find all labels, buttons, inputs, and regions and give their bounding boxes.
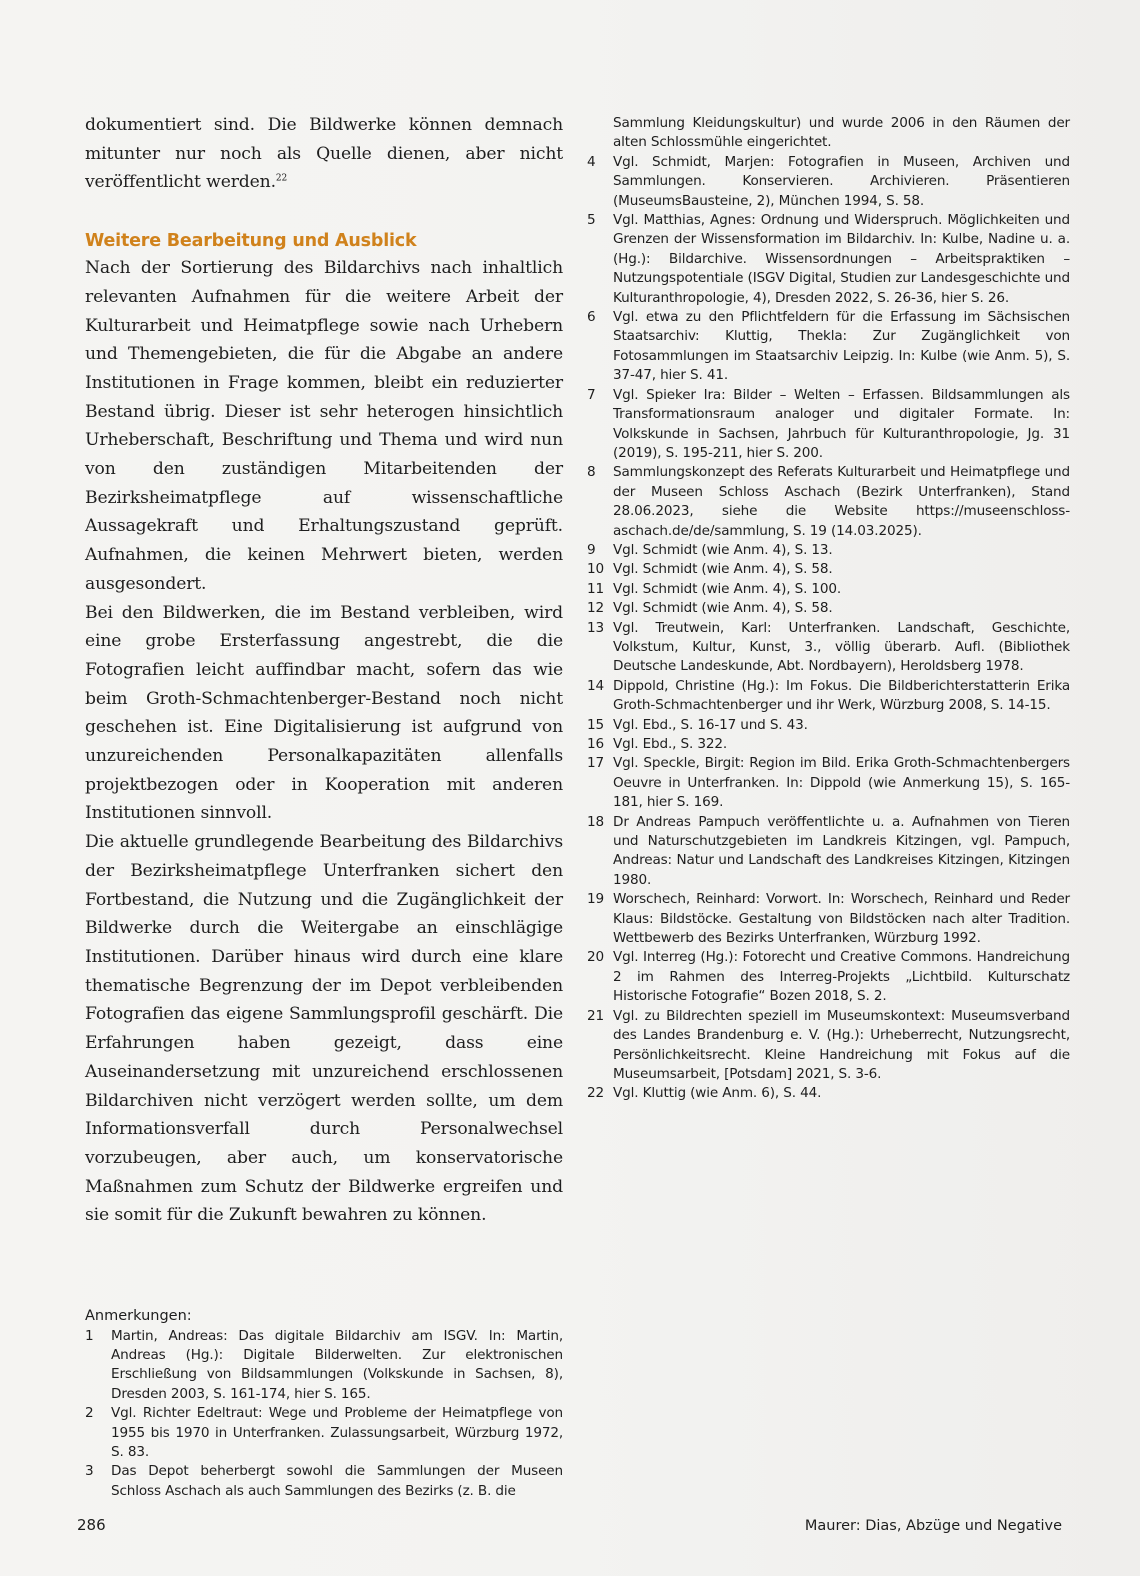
note-item: 21Vgl. zu Bildrechten speziell im Museum… — [587, 1007, 1070, 1085]
note-number: 17 — [587, 754, 613, 812]
note-text: Vgl. Kluttig (wie Anm. 6), S. 44. — [613, 1084, 1070, 1103]
note-item: 13Vgl. Treutwein, Karl: Unterfranken. La… — [587, 619, 1070, 677]
note-number: 10 — [587, 560, 613, 579]
note-item: 7Vgl. Spieker Ira: Bilder – Welten – Erf… — [587, 386, 1070, 464]
intro-text: dokumentiert sind. Die Bildwerke können … — [85, 115, 563, 192]
note-number: 13 — [587, 619, 613, 677]
note-item: 4Vgl. Schmidt, Marjen: Fotografien in Mu… — [587, 153, 1070, 211]
section-heading: Weitere Bearbeitung und Ausblick — [85, 228, 563, 254]
note-text: Vgl. Interreg (Hg.): Fotorecht und Creat… — [613, 948, 1070, 1006]
note-number: 12 — [587, 599, 613, 618]
note-item: 11Vgl. Schmidt (wie Anm. 4), S. 100. — [587, 580, 1070, 599]
note-text: Sammlung Kleidungskultur) und wurde 2006… — [587, 114, 1070, 153]
note-item: 6Vgl. etwa zu den Pflichtfeldern für die… — [587, 308, 1070, 386]
note-text: Worschech, Reinhard: Vorwort. In: Worsch… — [613, 890, 1070, 948]
body-paragraph: Bei den Bildwerken, die im Bestand verbl… — [85, 599, 563, 829]
note-number: 3 — [85, 1462, 111, 1501]
note-number: 19 — [587, 890, 613, 948]
note-text: Vgl. Schmidt (wie Anm. 4), S. 58. — [613, 599, 1070, 618]
note-number: 5 — [587, 211, 613, 308]
note-text: Vgl. Speckle, Birgit: Region im Bild. Er… — [613, 754, 1070, 812]
note-number: 6 — [587, 308, 613, 386]
note-item: 1 Martin, Andreas: Das digitale Bildarch… — [85, 1327, 563, 1405]
notes-title: Anmerkungen: — [85, 1307, 563, 1327]
note-item: 20Vgl. Interreg (Hg.): Fotorecht und Cre… — [587, 948, 1070, 1006]
note-text: Vgl. Ebd., S. 322. — [613, 735, 1070, 754]
note-text: Vgl. Treutwein, Karl: Unterfranken. Land… — [613, 619, 1070, 677]
note-number: 11 — [587, 580, 613, 599]
note-item: 18Dr Andreas Pampuch veröffentlichte u. … — [587, 813, 1070, 891]
body-paragraph: Die aktuelle grundlegende Bearbeitung de… — [85, 828, 563, 1230]
note-item: 10Vgl. Schmidt (wie Anm. 4), S. 58. — [587, 560, 1070, 579]
note-number: 16 — [587, 735, 613, 754]
footnote-ref[interactable]: 22 — [276, 174, 287, 184]
note-number: 22 — [587, 1084, 613, 1103]
note-text: Vgl. etwa zu den Pflichtfeldern für die … — [613, 308, 1070, 386]
note-number: 18 — [587, 813, 613, 891]
intro-paragraph: dokumentiert sind. Die Bildwerke können … — [85, 111, 563, 197]
note-item: 5Vgl. Matthias, Agnes: Ordnung und Wider… — [587, 211, 1070, 308]
note-number: 2 — [85, 1404, 111, 1462]
note-text: Martin, Andreas: Das digitale Bildarchiv… — [111, 1327, 563, 1405]
note-text: Dippold, Christine (Hg.): Im Fokus. Die … — [613, 677, 1070, 716]
note-text: Vgl. Schmidt, Marjen: Fotografien in Mus… — [613, 153, 1070, 211]
note-text: Vgl. Richter Edeltraut: Wege und Problem… — [111, 1404, 563, 1462]
right-column: Sammlung Kleidungskultur) und wurde 2006… — [587, 114, 1070, 1104]
note-item: 2 Vgl. Richter Edeltraut: Wege und Probl… — [85, 1404, 563, 1462]
note-text: Vgl. Spieker Ira: Bilder – Welten – Erfa… — [613, 386, 1070, 464]
note-item: 12Vgl. Schmidt (wie Anm. 4), S. 58. — [587, 599, 1070, 618]
page-number: 286 — [77, 1516, 106, 1534]
body-paragraph: Nach der Sortierung des Bildarchivs nach… — [85, 254, 563, 598]
note-number: 8 — [587, 463, 613, 541]
note-text: Vgl. Schmidt (wie Anm. 4), S. 58. — [613, 560, 1070, 579]
left-column: dokumentiert sind. Die Bildwerke können … — [85, 111, 563, 1501]
note-number: 21 — [587, 1007, 613, 1085]
note-item: 22Vgl. Kluttig (wie Anm. 6), S. 44. — [587, 1084, 1070, 1103]
note-text: Vgl. Schmidt (wie Anm. 4), S. 13. — [613, 541, 1070, 560]
note-item: 9Vgl. Schmidt (wie Anm. 4), S. 13. — [587, 541, 1070, 560]
note-number: 9 — [587, 541, 613, 560]
note-item: 19Worschech, Reinhard: Vorwort. In: Wors… — [587, 890, 1070, 948]
note-continuation: Sammlung Kleidungskultur) und wurde 2006… — [587, 114, 1070, 153]
note-text: Das Depot beherbergt sowohl die Sammlung… — [111, 1462, 563, 1501]
note-text: Vgl. Schmidt (wie Anm. 4), S. 100. — [613, 580, 1070, 599]
note-number: 4 — [587, 153, 613, 211]
note-text: Vgl. zu Bildrechten speziell im Museumsk… — [613, 1007, 1070, 1085]
note-text: Vgl. Ebd., S. 16-17 und S. 43. — [613, 716, 1070, 735]
note-item: 3 Das Depot beherbergt sowohl die Sammlu… — [85, 1462, 563, 1501]
note-text: Dr Andreas Pampuch veröffentlichte u. a.… — [613, 813, 1070, 891]
note-item: 14Dippold, Christine (Hg.): Im Fokus. Di… — [587, 677, 1070, 716]
note-text: Sammlungskonzept des Referats Kulturarbe… — [613, 463, 1070, 541]
notes-section: Anmerkungen: 1 Martin, Andreas: Das digi… — [85, 1307, 563, 1501]
book-page: dokumentiert sind. Die Bildwerke können … — [0, 0, 1140, 1576]
note-number: 15 — [587, 716, 613, 735]
note-text: Vgl. Matthias, Agnes: Ordnung und Widers… — [613, 211, 1070, 308]
note-item: 17Vgl. Speckle, Birgit: Region im Bild. … — [587, 754, 1070, 812]
running-title: Maurer: Dias, Abzüge und Negative — [805, 1518, 1062, 1534]
note-number: 1 — [85, 1327, 111, 1405]
note-item: 8Sammlungskonzept des Referats Kulturarb… — [587, 463, 1070, 541]
note-item: 16Vgl. Ebd., S. 322. — [587, 735, 1070, 754]
note-number: 7 — [587, 386, 613, 464]
note-number: 20 — [587, 948, 613, 1006]
note-number: 14 — [587, 677, 613, 716]
note-item: 15Vgl. Ebd., S. 16-17 und S. 43. — [587, 716, 1070, 735]
